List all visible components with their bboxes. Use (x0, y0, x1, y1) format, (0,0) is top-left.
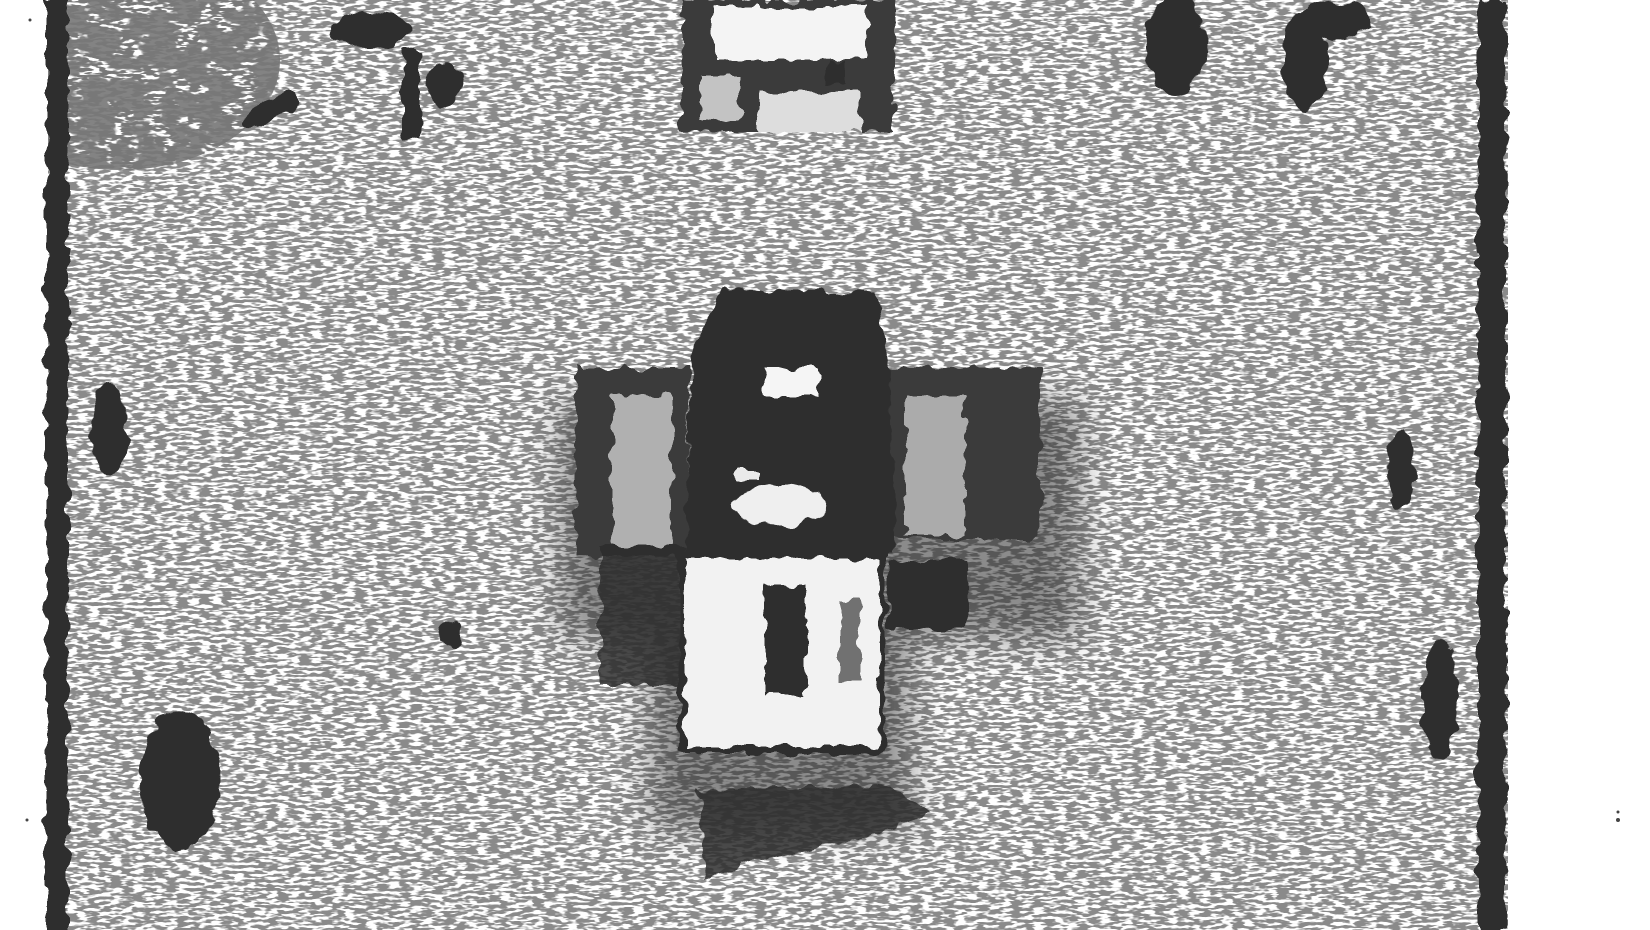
small-rectangular-object (682, 0, 894, 132)
photograph (0, 0, 1650, 930)
